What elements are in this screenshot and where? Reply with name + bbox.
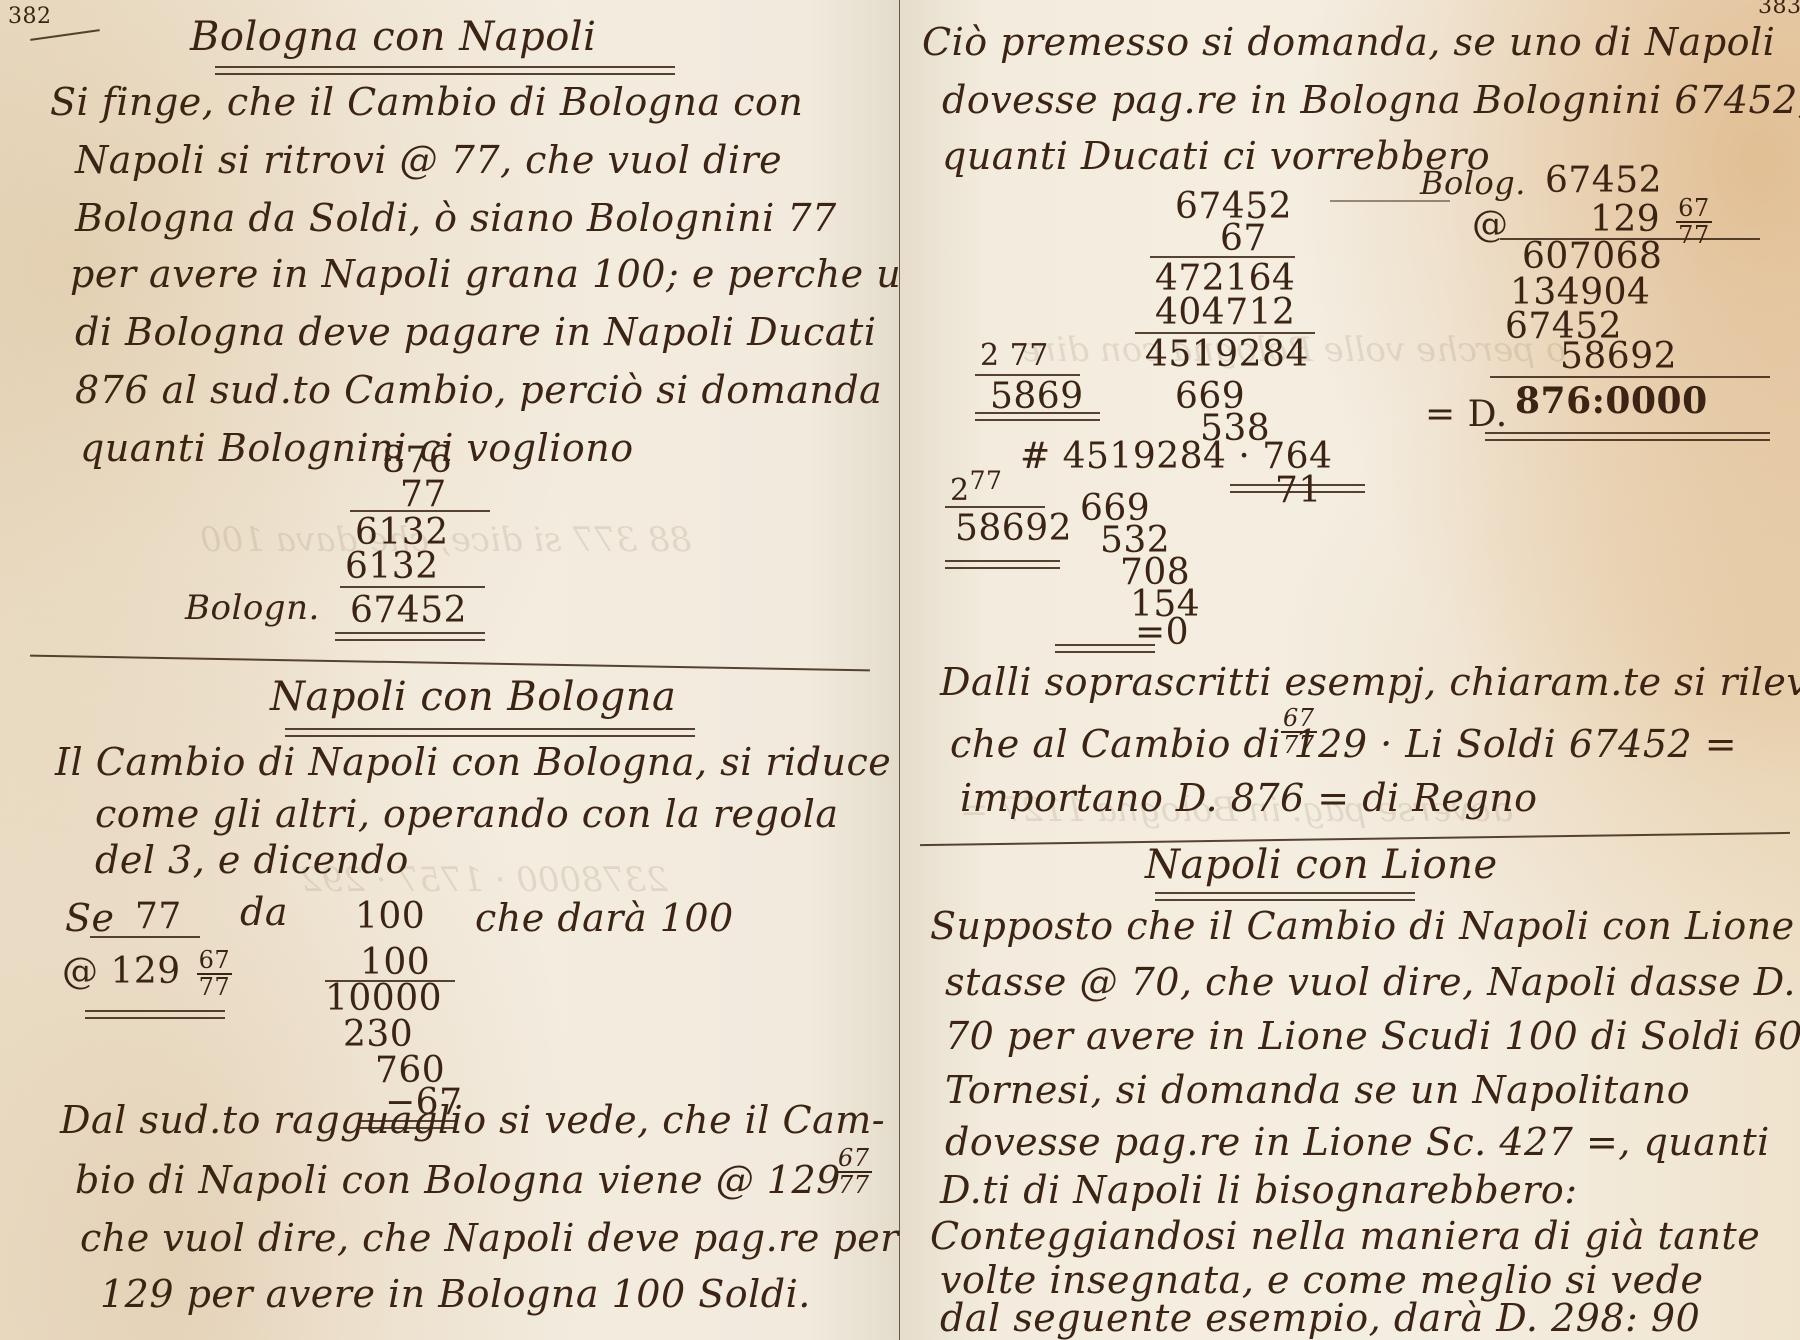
result-double-rule	[1485, 432, 1770, 441]
title-double-rule	[215, 66, 675, 75]
text-line: Tornesi, si domanda se un Napolitano	[945, 1068, 1690, 1112]
text-line: dovesse pag.re in Bologna Bolognini 6745…	[942, 78, 1800, 122]
text-line: 70 per avere in Lione Scudi 100 di Soldi…	[945, 1014, 1800, 1058]
at-symbol: @	[62, 951, 99, 992]
right-page: o perche volle Bologna con dire doverse …	[900, 0, 1800, 1340]
calc-step: 67	[1220, 218, 1267, 259]
calc-step: 607068	[1522, 236, 1662, 277]
text-line: stasse @ 70, che vuol dire, Napoli dasse…	[945, 960, 1796, 1004]
calc-rule	[1330, 200, 1450, 202]
calc-step: 67452	[1545, 160, 1662, 201]
section-divider	[30, 655, 870, 672]
page-number: 383	[1758, 0, 1800, 19]
calc-step: 230	[343, 1014, 413, 1055]
result-double-rule	[1230, 484, 1365, 493]
calc-step: 100	[360, 942, 430, 983]
calc-multiplier: 77	[400, 474, 447, 515]
text-line: Dalli soprascritti esempj, chiaram.te si…	[940, 660, 1800, 704]
rule-label: Se	[65, 896, 115, 940]
text-line: per avere in Napoli grana 100; e perche …	[70, 252, 900, 296]
result-double-rule	[1055, 644, 1155, 653]
text-line: come gli altri, operando con la regola	[95, 792, 839, 836]
quotient: 58692	[955, 508, 1072, 549]
result-double-rule	[945, 560, 1060, 569]
result-label: Bologn.	[185, 588, 320, 628]
title-double-rule	[1155, 892, 1415, 901]
calc-label: Bolog.	[1420, 164, 1526, 202]
text-line: di Bologna deve pagare in Napoli Ducati	[75, 310, 876, 354]
text-line: Bologna da Soldi, ò siano Bolognini 77	[75, 196, 837, 240]
rule-value: 77	[135, 896, 182, 937]
page-number: 382	[8, 4, 52, 29]
left-page: 88 377 si dice, che dava 100 2378000 · 1…	[0, 0, 900, 1340]
text-line: bio di Napoli con Bologna viene @ 129	[75, 1158, 841, 1202]
text-line: Conteggiandosi nella maniera di già tant…	[930, 1214, 1760, 1258]
calc-rule	[340, 586, 485, 588]
calc-partial: 6132	[345, 546, 439, 587]
text-line: Supposto che il Cambio di Napoli con Lio…	[930, 904, 1795, 948]
exchange-rate: @ 129 67 77	[62, 948, 232, 1000]
text-line: che vuol dire, che Napoli deve pag.re pe…	[80, 1216, 899, 1260]
text-line: del 3, e dicendo	[95, 838, 409, 882]
text-line: D.ti di Napoli li bisognarebbero:	[940, 1168, 1578, 1212]
calc-step: 10000	[325, 978, 442, 1019]
text-line: Si finge, che il Cambio di Bologna con	[50, 80, 803, 124]
divisor-label: 2 77	[980, 338, 1049, 373]
text-line: Ciò premesso si domanda, se uno di Napol…	[922, 20, 1775, 64]
calc-result: 67452	[350, 590, 467, 631]
title-double-rule	[285, 728, 695, 737]
conclusion-fraction: 67 77	[832, 1146, 872, 1198]
text-line: Il Cambio di Napoli con Bologna, si ridu…	[55, 740, 891, 784]
section-title: Bologna con Napoli	[190, 14, 596, 60]
calc-step: 58692	[1560, 336, 1677, 377]
result-prefix: = D.	[1425, 394, 1508, 435]
text-line: Napoli si ritrovi @ 77, che vuol dire	[75, 138, 782, 182]
calc-step: 404712	[1155, 292, 1295, 333]
text-line: dal seguente esempio, darà D. 298: 90	[940, 1296, 1700, 1340]
text-line: importano D. 876 = di Regno	[960, 776, 1538, 820]
calc-rule	[90, 936, 200, 938]
section-title: Napoli con Bologna	[270, 674, 676, 720]
calc-step: 4519284	[1145, 334, 1309, 375]
text-line: Dal sud.to ragguaglio si vede, che il Ca…	[60, 1098, 885, 1142]
text-line: 129 per avere in Bologna 100 Soldi.	[100, 1272, 811, 1316]
calc-result: 876:0000	[1515, 380, 1708, 422]
text-line: 876 al sud.to Cambio, perciò si domanda	[75, 368, 882, 412]
text-line: quanti Ducati ci vorrebbero	[942, 134, 1490, 178]
calc-rule	[1490, 376, 1770, 378]
result-double-rule	[335, 632, 485, 641]
manuscript-spread: 88 377 si dice, che dava 100 2378000 · 1…	[0, 0, 1800, 1340]
rule-value: 100	[355, 896, 425, 937]
result-double-rule	[85, 1010, 225, 1019]
page-number-underline	[30, 29, 100, 41]
divisor-label: 277	[950, 466, 1002, 508]
quotient: 5869	[990, 376, 1084, 417]
text-line: che al Cambio di 129 · Li Soldi 67452 =	[950, 722, 1737, 766]
section-title: Napoli con Lione	[1145, 842, 1498, 888]
text-line: quanti Bolognini ci vogliono	[80, 426, 634, 470]
rate-fraction: 67 77	[197, 948, 233, 1000]
rate-whole: 129	[110, 951, 180, 992]
rule-label: che darà 100	[475, 896, 734, 940]
text-line: dovesse pag.re in Lione Sc. 427 =, quant…	[945, 1120, 1770, 1164]
result-double-rule	[975, 412, 1100, 421]
conclusion-fraction: 67 77	[1277, 706, 1317, 758]
rule-label: da	[240, 890, 288, 934]
